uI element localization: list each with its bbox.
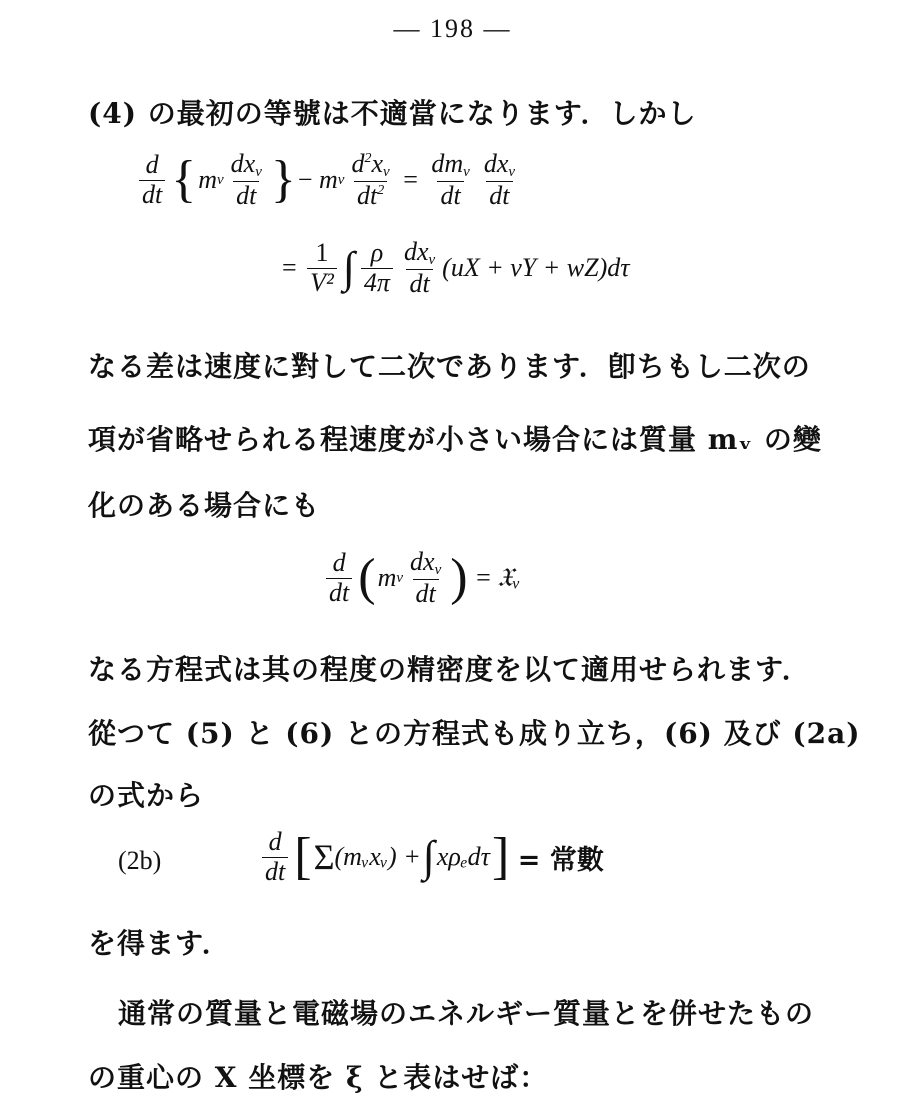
paragraph-line-10: の重心の X 坐標を ξ と表はせば： [88, 1056, 548, 1096]
right-paren: ) [450, 552, 467, 604]
fraction: ddt [326, 549, 352, 607]
paragraph-line-9: 通常の質量と電磁場のエネルギー質量とを併せたもの [118, 992, 814, 1032]
fraction: dxνdt [407, 548, 444, 608]
equation-3: ddt [ Σ (mᵥxᵥ) + ∫ xρₑdτ ] = 常數 [258, 828, 604, 886]
paragraph-line-7: の式から [88, 774, 204, 814]
paragraph-line-2: なる差は速度に對して二次であります．卽ちもし二次の [88, 345, 811, 385]
fraction: dxνdt [481, 150, 518, 210]
paragraph-line-4: 化のある場合にも [88, 484, 320, 524]
fraction: ρ4π [361, 239, 393, 297]
left-brace: { [171, 154, 196, 206]
integral-sign: ∫ [343, 246, 355, 290]
fraction: ddt [262, 828, 288, 886]
paragraph-line-8: を得ます． [88, 922, 231, 962]
left-paren: ( [358, 552, 375, 604]
paragraph-line-6: 從つて (5) と (6) との方程式も成り立ち，(6) 及び (2a) [88, 712, 861, 752]
right-brace: } [271, 154, 296, 206]
right-bracket: ] [492, 831, 509, 883]
fraction: ddt [139, 151, 165, 209]
integral-sign: ∫ [423, 835, 435, 879]
fraction: dxνdt [401, 238, 438, 298]
page-number: — 198 — [0, 14, 905, 44]
paragraph-line-1: (4) の最初の等號は不適當になります．しかし [88, 92, 697, 132]
equation-1-line-1: ddt { mν dxνdt } − mν d2xνdt2 = dmνdt dx… [135, 150, 522, 210]
equation-label-2b: (2b) [118, 846, 161, 876]
fraction: 1V² [307, 239, 337, 297]
fraction: dmνdt [428, 150, 472, 210]
fraction: d2xνdt2 [348, 150, 392, 210]
equation-2: ddt ( mν dxνdt ) = 𝔛ᵥ [322, 548, 520, 608]
equation-1-line-2: = 1V² ∫ ρ4π dxνdt (uX + vY + wZ)dτ [282, 238, 630, 298]
paragraph-line-3: 項が省略せられる程速度が小さい場合には質量 mᵥ の變 [88, 418, 822, 458]
left-bracket: [ [294, 831, 311, 883]
paragraph-line-5: なる方程式は其の程度の精密度を以て適用せられます． [88, 648, 811, 688]
sum-sign: Σ [314, 836, 335, 878]
fraction: dxνdt [228, 150, 265, 210]
